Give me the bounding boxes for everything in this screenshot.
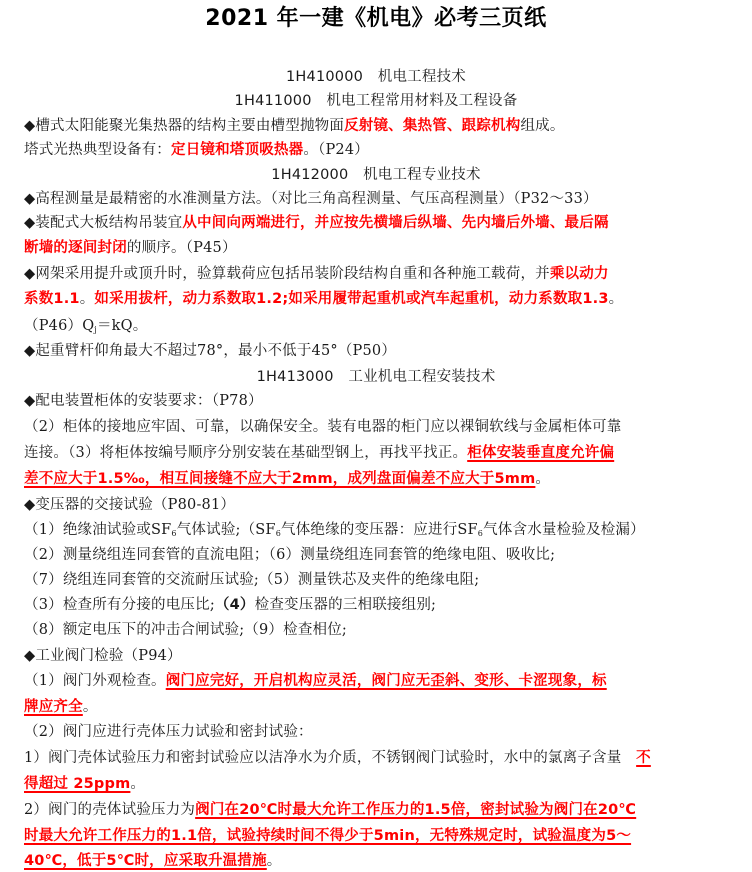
paragraph-formula: （P46）Qj＝kQ。 (24, 315, 147, 341)
highlight-text: 阀门应完好，开启机构应灵活，阀门应无歪斜、变形、卡涩现象，标 (166, 673, 607, 689)
paragraph-transformer-3: （7）绕组连同套管的交流耐压试验;（5）测量铁芯及夹件的绝缘电阻; (24, 569, 479, 591)
text: ◆槽式太阳能聚光集热器的结构主要由槽型抛物面 (24, 118, 344, 134)
paragraph-transformer-2: （2）测量绕组连同套管的直流电阻；（6）测量绕组连同套管的绝缘电阻、吸收比; (24, 544, 555, 566)
paragraph-valve-pressure: （2）阀门应进行壳体压力试验和密封试验： (24, 721, 313, 743)
highlight-text: 40℃，低于5℃时，应采取升温措施 (24, 853, 267, 869)
paragraph-transformer-1: （1）绝缘油试验或SF6气体试验;（SF6气体绝缘的变压器：应进行SF6气体含水… (24, 519, 645, 545)
highlight-text: 如采用拔杆，动力系数取1.2;如采用履带起重机或汽车起重机，动力系数取1.3 (94, 291, 608, 307)
paragraph-valve-appearance-cont: 牌应齐全。 (24, 696, 98, 718)
paragraph-valve-appearance: （1）阀门外观检查。阀门应完好，开启机构应灵活，阀门应无歪斜、变形、卡涩现象，标 (24, 670, 607, 692)
highlight-text: 得超过 25ppm (24, 776, 130, 792)
paragraph-panel-hoisting-cont: 断墙的逐间封闭的顺序。（P45） (24, 237, 237, 259)
text: 。 (130, 776, 145, 792)
highlight-text: 柜体安装垂直度允许偏 (467, 445, 614, 461)
paragraph-valve-inspection: ◆工业阀门检验（P94） (24, 645, 182, 667)
section-heading-1h412000: 1H412000 机电工程专业技术 (0, 164, 752, 186)
paragraph-boom-angle: ◆起重臂杆仰角最大不超过78°，最小不低于45°（P50） (24, 340, 396, 362)
paragraph-valve-test-pressure-2: 时最大允许工作压力的1.1倍，试验持续时间不得少于5min，无特殊规定时，试验温… (24, 825, 631, 847)
highlight-text: 定日镜和塔顶吸热器 (171, 142, 303, 158)
text: （1）绝缘油试验或SF (24, 522, 171, 538)
bold-text: （4） (215, 597, 255, 613)
text: （1）阀门外观检查。 (24, 673, 166, 689)
highlight-text: 时最大允许工作压力的1.1倍，试验持续时间不得少于5min，无特殊规定时，试验温… (24, 828, 631, 844)
section-heading-1h410000: 1H410000 机电工程技术 (0, 66, 752, 88)
text: 。 (80, 291, 95, 307)
text: 检查变压器的三相联接组别; (255, 597, 436, 613)
highlight-text: 乘以动力 (550, 266, 609, 282)
section-heading-1h413000: 1H413000 工业机电工程安装技术 (0, 366, 752, 388)
text: 。 (609, 291, 624, 307)
highlight-text: 差不应大于1.5‰，相互间接缝不应大于2mm，成列盘面偏差不应大于5mm (24, 471, 535, 487)
text: ＝kQ。 (97, 318, 147, 334)
paragraph-trough-solar: ◆槽式太阳能聚光集热器的结构主要由槽型抛物面反射镜、集热管、跟踪机构组成。 (24, 115, 565, 137)
text: ◆网架采用提升或顶升时，验算载荷应包括吊装阶段结构自重和各种施工载荷，并 (24, 266, 550, 282)
text: ◆装配式大板结构吊装宜 (24, 215, 182, 231)
text: 气体含水量检验及检漏） (483, 522, 645, 538)
text: 。（P24） (303, 142, 369, 158)
paragraph-switchgear-2: （2）柜体的接地应牢固、可靠，以确保安全。装有电器的柜门应以裸铜软线与金属柜体可… (24, 416, 621, 438)
text: 组成。 (520, 118, 564, 134)
paragraph-switchgear-tolerance: 差不应大于1.5‰，相互间接缝不应大于2mm，成列盘面偏差不应大于5mm。 (24, 468, 550, 490)
text: 。 (83, 699, 98, 715)
paragraph-leveling: ◆高程测量是最精密的水准测量方法。（对比三角高程测量、气压高程测量）（P32～3… (24, 188, 598, 210)
paragraph-valve-test-pressure: 2）阀门的壳体试验压力为阀门在20℃时最大允许工作压力的1.5倍，密封试验为阀门… (24, 799, 636, 821)
text: 塔式光热典型设备有： (24, 142, 171, 158)
paragraph-panel-hoisting: ◆装配式大板结构吊装宜从中间向两端进行，并应按先横墙后纵墙、先内墙后外墙、最后隔 (24, 212, 609, 234)
paragraph-transformer-5: （8）额定电压下的冲击合闸试验;（9）检查相位; (24, 619, 347, 641)
text: 。 (267, 853, 282, 869)
text: 气体试验;（SF (177, 522, 276, 538)
paragraph-tower-solar: 塔式光热典型设备有：定日镜和塔顶吸热器。（P24） (24, 139, 369, 161)
text: （3）检查所有分接的电压比; (24, 597, 215, 613)
text: 连接。（3）将柜体按编号顺序分别安装在基础型钢上，再找平找正。 (24, 445, 467, 461)
highlight-text: 不 (636, 750, 651, 766)
text: 气体绝缘的变压器：应进行SF (281, 522, 478, 538)
highlight-text: 反射镜、集热管、跟踪机构 (344, 118, 520, 134)
paragraph-valve-test-temp: 40℃，低于5℃时，应采取升温措施。 (24, 850, 282, 872)
text: 。 (535, 471, 550, 487)
highlight-text: 断墙的逐间封闭 (24, 240, 127, 256)
paragraph-switchgear-3: 连接。（3）将柜体按编号顺序分别安装在基础型钢上，再找平找正。柜体安装垂直度允许… (24, 442, 614, 464)
highlight-text: 牌应齐全 (24, 699, 83, 715)
paragraph-transformer-tests: ◆变压器的交接试验（P80-81） (24, 494, 235, 516)
text: 的顺序。（P45） (127, 240, 237, 256)
paragraph-valve-chloride: 得超过 25ppm。 (24, 773, 145, 795)
paragraph-dynamic-factor: 系数1.1。如采用拔杆，动力系数取1.2;如采用履带起重机或汽车起重机，动力系数… (24, 288, 623, 310)
highlight-text: 从中间向两端进行，并应按先横墙后纵墙、先内墙后外墙、最后隔 (182, 215, 608, 231)
paragraph-valve-water: 1）阀门壳体试验压力和密封试验应以洁净水为介质，不锈钢阀门试验时，水中的氯离子含… (24, 747, 651, 769)
paragraph-transformer-4: （3）检查所有分接的电压比;（4）检查变压器的三相联接组别; (24, 594, 436, 616)
text: 2）阀门的壳体试验压力为 (24, 802, 195, 818)
text: 1）阀门壳体试验压力和密封试验应以洁净水为介质，不锈钢阀门试验时，水中的氯离子含… (24, 750, 636, 766)
highlight-text: 阀门在20℃时最大允许工作压力的1.5倍，密封试验为阀门在20℃ (195, 802, 636, 818)
document-title: 2021 年一建《机电》必考三页纸 (0, 4, 752, 34)
text: （P46）Q (24, 318, 94, 334)
section-heading-1h411000: 1H411000 机电工程常用材料及工程设备 (0, 90, 752, 112)
highlight-text: 系数1.1 (24, 291, 80, 307)
paragraph-grid-lifting: ◆网架采用提升或顶升时，验算载荷应包括吊装阶段结构自重和各种施工载荷，并乘以动力 (24, 263, 609, 285)
paragraph-switchgear: ◆配电装置柜体的安装要求：（P78） (24, 390, 263, 412)
